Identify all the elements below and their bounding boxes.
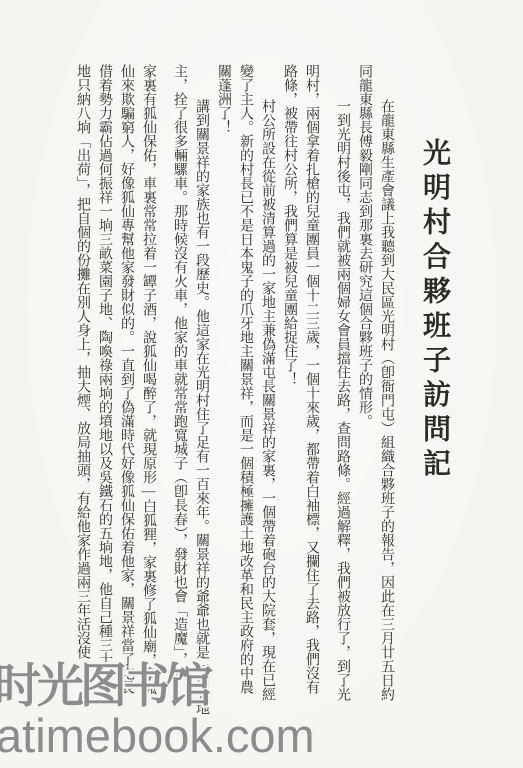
text-column: 變了主人。新的村長已不是日本鬼子的爪牙地主關景祥，而是一個積極擁護土地改革和民主… (238, 64, 253, 744)
text-column: 村公所設在從前被清算過的一家地主兼偽滿屯長關景祥的家裏，一個帶着砲台的大院套，現… (260, 64, 275, 744)
text-column: 路條，被帶往村公所，我們算是被兒童團給捉住了！ (282, 64, 297, 744)
body-text: 在龍東縣生產會議上我聽到大民區光明村（卽衙門屯）組織合夥班子的報告，因此在三月廿… (88, 64, 394, 744)
text-column: 講到關景祥的家族也有一段歷史。他這家在光明村住了足有一百來年。關景祥的爺爺也就是… (194, 64, 209, 744)
text-column: 一到光明村後屯，我們就被兩個婦女會員擋住去路，查問路條。經過解釋，我們被放行了，… (335, 64, 350, 744)
text-column: 在龍東縣生產會議上我聽到大民區光明村（卽衙門屯）組織合夥班子的報告，因此在三月廿… (379, 64, 394, 744)
article-title: 光明村合夥班子訪問記 (414, 138, 454, 498)
text-column: 同龍東縣長傅毅剛同志到那裏去研究這個合夥班子的情形。 (357, 64, 372, 744)
text-column: 主，拴了很多輛騾車。那時候沒有火車，他家的車就常常跑寬城子（卽長春），發財也會「… (172, 64, 187, 744)
text-column: 仙來欺騙窮人，好像狐仙專幫他家發財似的。一直到了偽滿時代好像狐仙保佑着他家，關景… (119, 64, 134, 744)
text-column: 借着勢力霸佔過何振祥一垧三畝菜園子地、陶喚祿兩垧的墳地以及吳鐵石的五垧地，他自己… (97, 64, 112, 744)
text-column: 明村，兩個拿着扎槍的兒童團員一個十二三歲，一個十來歲，都帶着白袖標，又攔住了去路… (304, 64, 319, 744)
scanned-book-page: 光明村合夥班子訪問記 在龍東縣生產會議上我聽到大民區光明村（卽衙門屯）組織合夥班… (0, 0, 523, 768)
text-column: 關蓬洲了！ (216, 64, 231, 744)
text-column: 地只納八垧「出荷」，把自個的份攤在別人身上，抽大煙、放局抽頭，有給他家作過兩三年… (75, 64, 90, 744)
text-column: 家裏有狐仙保佑，車裏常常拉着一罈子酒，說狐仙喝醉了，就現原形—白狐狸，家裏修了狐… (141, 64, 156, 744)
